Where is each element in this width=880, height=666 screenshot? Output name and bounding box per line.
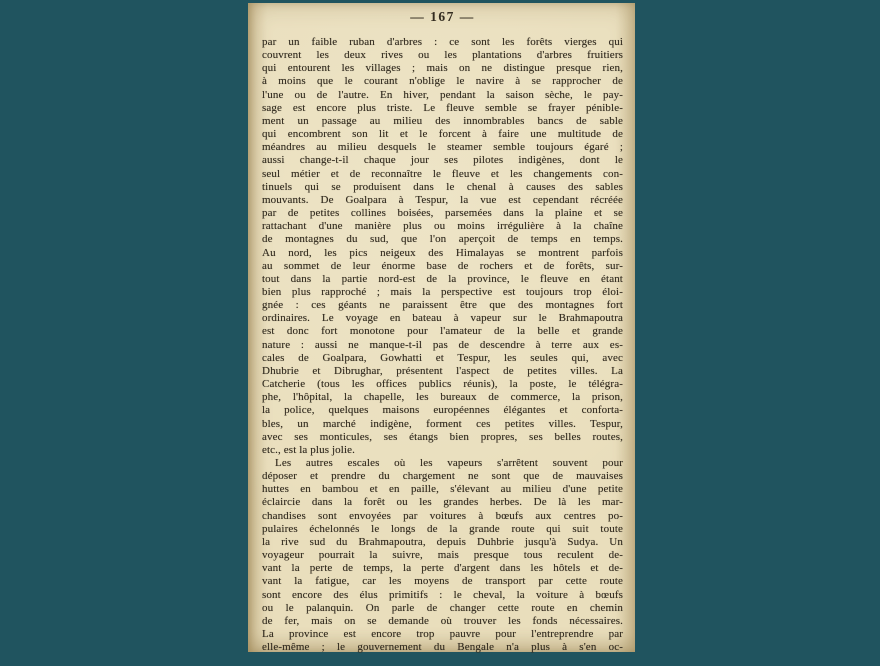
text-line: chandises sont envoyées par voitures à b… — [262, 510, 623, 523]
page-inner: — 167 — par un faible ruban d'arbres : c… — [248, 3, 635, 652]
text-line: au sommet de leur énorme base de rochers… — [262, 260, 623, 273]
text-line: de fer, mais on se demande où trouver le… — [262, 615, 623, 628]
text-line: méandres au milieu desquels le steamer s… — [262, 141, 623, 154]
text-line: etc., est la plus jolie. — [262, 444, 623, 457]
text-line: de montagnes du sud, que l'on aperçoit d… — [262, 233, 623, 246]
text-line: ou le palanquin. On parle de changer cet… — [262, 602, 623, 615]
text-line: ordinaires. Le voyage en bateau à vapeur… — [262, 312, 623, 325]
text-line: par de petites collines boisées, parsemé… — [262, 207, 623, 220]
page-text: par un faible ruban d'arbres : ce sont l… — [262, 36, 623, 654]
text-line: elle-même ; le gouvernement du Bengale n… — [262, 641, 623, 654]
text-line: tinuels qui se produisent dans le chenal… — [262, 181, 623, 194]
text-line: avec ses monticules, ses étangs bien pro… — [262, 431, 623, 444]
text-line: par un faible ruban d'arbres : ce sont l… — [262, 36, 623, 49]
text-line: pulaires échelonnés le longs de la grand… — [262, 523, 623, 536]
text-line: voyageur pourrait la suivre, mais presqu… — [262, 549, 623, 562]
text-line: sont encore des élus primitifs : le chev… — [262, 589, 623, 602]
text-line: l'une ou de l'autre. En hiver, pendant l… — [262, 89, 623, 102]
book-page: — 167 — par un faible ruban d'arbres : c… — [248, 3, 635, 652]
text-line: à moins que le courant n'oblige le navir… — [262, 75, 623, 88]
text-line: Dhubrie et Dibrughar, présentent l'aspec… — [262, 365, 623, 378]
text-line: vant la fatigue, car les moyens de trans… — [262, 575, 623, 588]
text-line: sage est encore plus triste. Le fleuve s… — [262, 102, 623, 115]
text-line: couvrent les deux rives ou les plantatio… — [262, 49, 623, 62]
text-line: Les autres escales où les vapeurs s'arrê… — [262, 457, 623, 470]
text-line: vant la perte de temps, la perte d'argen… — [262, 562, 623, 575]
text-line: éclaircie dans la forêt ou les grandes h… — [262, 496, 623, 509]
text-line: phe, l'hôpital, la chapelle, les bureaux… — [262, 391, 623, 404]
text-line: cales de Goalpara, Gowhatti et Tespur, l… — [262, 352, 623, 365]
text-line: ment un passage au milieu des innombrabl… — [262, 115, 623, 128]
text-line: aussi change-t-il chaque jour ses pilote… — [262, 154, 623, 167]
text-line: Catcherie (tous les offices publics réun… — [262, 378, 623, 391]
text-line: est donc fort monotone pour l'amateur de… — [262, 325, 623, 338]
text-line: gnée : ces géants ne paraissent être que… — [262, 299, 623, 312]
text-line: bien plus rapproché ; mais la perspectiv… — [262, 286, 623, 299]
text-line: déposer et prendre du chargement ne sont… — [262, 470, 623, 483]
text-line: Au nord, les pics neigeux des Himalayas … — [262, 247, 623, 260]
text-line: qui entourent les villages ; mais on ne … — [262, 62, 623, 75]
text-line: tout dans la partie nord-est de la provi… — [262, 273, 623, 286]
text-line: La province est encore trop pauvre pour … — [262, 628, 623, 641]
text-line: rattachant d'une manière plus ou moins i… — [262, 220, 623, 233]
text-line: la police, quelques maisons européennes … — [262, 404, 623, 417]
text-line: la rive sud du Brahmapoutra, depuis Duhb… — [262, 536, 623, 549]
text-line: bles, un marché indigène, forment ces pe… — [262, 418, 623, 431]
text-line: mouvants. De Goalpara à Tespur, la vue e… — [262, 194, 623, 207]
text-line: qui encombrent son lit et le forcent à f… — [262, 128, 623, 141]
page-number-header: — 167 — — [262, 9, 623, 30]
text-line: seul métier et de reconnaître le fleuve … — [262, 168, 623, 181]
text-line: huttes en bambou et en paille, s'élevant… — [262, 483, 623, 496]
text-line: nature : aussi ne manque-t-il pas de des… — [262, 339, 623, 352]
